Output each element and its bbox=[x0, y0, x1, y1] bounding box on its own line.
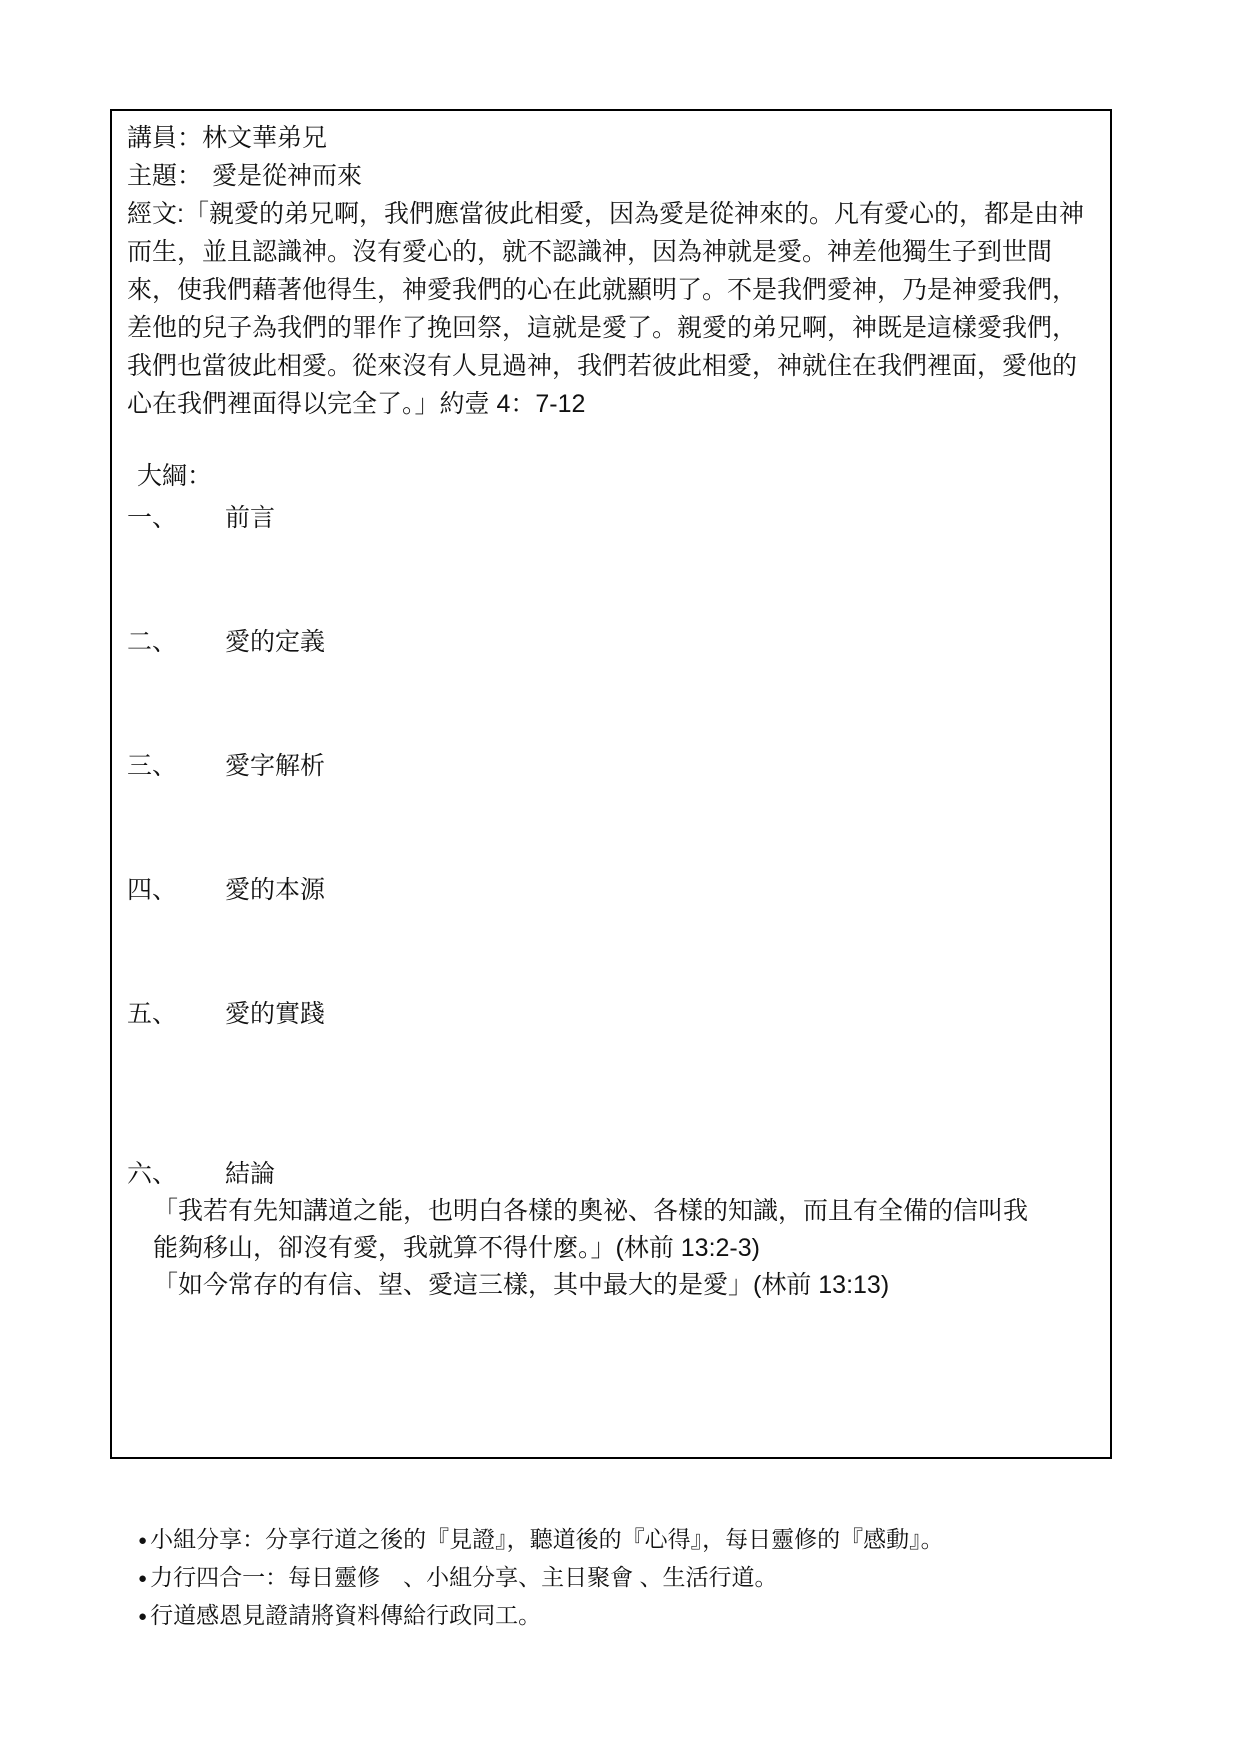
outline-item-4: 四、愛的本源 bbox=[127, 875, 1090, 905]
document-page: { "page": { "background_color": "#ffffff… bbox=[0, 0, 1241, 1755]
outline-item-number: 六、 bbox=[127, 1159, 225, 1189]
speaker-line: 講員：林文華弟兄 bbox=[127, 119, 1090, 157]
sermon-outline-box: 講員：林文華弟兄 主題：愛是從神而來 經文:「親愛的弟兄啊，我們應當彼此相愛，因… bbox=[110, 109, 1112, 1459]
outline-item-number: 四、 bbox=[127, 875, 225, 905]
outline-item-title: 愛的定義 bbox=[225, 628, 325, 656]
outline-item-title: 愛的實踐 bbox=[225, 1000, 325, 1028]
conclusion-quotes: 「我若有先知講道之能，也明白各樣的奧祕、各樣的知識，而且有全備的信叫我 能夠移山… bbox=[153, 1193, 1090, 1304]
outline-item-number: 一、 bbox=[127, 503, 225, 533]
conclusion-quote-2: 「如今常存的有信、望、愛這三樣，其中最大的是愛」(林前 13:13) bbox=[153, 1267, 1090, 1304]
outline-item-number: 三、 bbox=[127, 751, 225, 781]
outline-item-number: 二、 bbox=[127, 627, 225, 657]
outline-item-number: 五、 bbox=[127, 999, 225, 1029]
topic-line: 主題：愛是從神而來 bbox=[127, 157, 1090, 195]
outline-list: 一、前言 二、愛的定義 三、愛字解析 四、愛的本源 五、愛的實踐 六、結論 bbox=[127, 503, 1090, 1189]
footer-bullet-text: 行道感恩見證請將資料傳給行政同工。 bbox=[150, 1602, 541, 1628]
topic-value: 愛是從神而來 bbox=[212, 162, 362, 190]
outline-item-title: 愛字解析 bbox=[225, 752, 325, 780]
footer-notes: ●小組分享：分享行道之後的『見證』，聽道後的『心得』，每日靈修的『感動』。 ●力… bbox=[138, 1521, 944, 1635]
footer-bullet-3: ●行道感恩見證請將資料傳給行政同工。 bbox=[138, 1597, 944, 1635]
footer-bullet-text: 小組分享：分享行道之後的『見證』，聽道後的『心得』，每日靈修的『感動』。 bbox=[150, 1526, 944, 1552]
footer-bullet-text: 力行四合一：每日靈修 、小組分享、主日聚會 、生活行道。 bbox=[150, 1564, 777, 1590]
bullet-icon: ● bbox=[138, 1608, 147, 1625]
topic-label: 主題： bbox=[127, 162, 202, 190]
bullet-icon: ● bbox=[138, 1570, 147, 1587]
outline-item-title: 前言 bbox=[225, 504, 275, 532]
footer-bullet-2: ●力行四合一：每日靈修 、小組分享、主日聚會 、生活行道。 bbox=[138, 1559, 944, 1597]
outline-item-title: 愛的本源 bbox=[225, 876, 325, 904]
speaker-name: 林文華弟兄 bbox=[202, 124, 327, 152]
conclusion-quote-1: 「我若有先知講道之能，也明白各樣的奧祕、各樣的知識，而且有全備的信叫我 能夠移山… bbox=[153, 1193, 1090, 1267]
bullet-icon: ● bbox=[138, 1532, 147, 1549]
outline-item-5: 五、愛的實踐 bbox=[127, 999, 1090, 1029]
outline-item-2: 二、愛的定義 bbox=[127, 627, 1090, 657]
outline-item-title: 結論 bbox=[225, 1160, 275, 1188]
outline-item-3: 三、愛字解析 bbox=[127, 751, 1090, 781]
speaker-label: 講員： bbox=[127, 124, 202, 152]
footer-bullet-1: ●小組分享：分享行道之後的『見證』，聽道後的『心得』，每日靈修的『感動』。 bbox=[138, 1521, 944, 1559]
outline-item-6: 六、結論 bbox=[127, 1159, 1090, 1189]
outline-item-1: 一、前言 bbox=[127, 503, 1090, 533]
scripture-passage: 經文:「親愛的弟兄啊，我們應當彼此相愛，因為愛是從神來的。凡有愛心的，都是由神 … bbox=[127, 195, 1090, 423]
outline-title: 大綱： bbox=[127, 457, 1090, 495]
